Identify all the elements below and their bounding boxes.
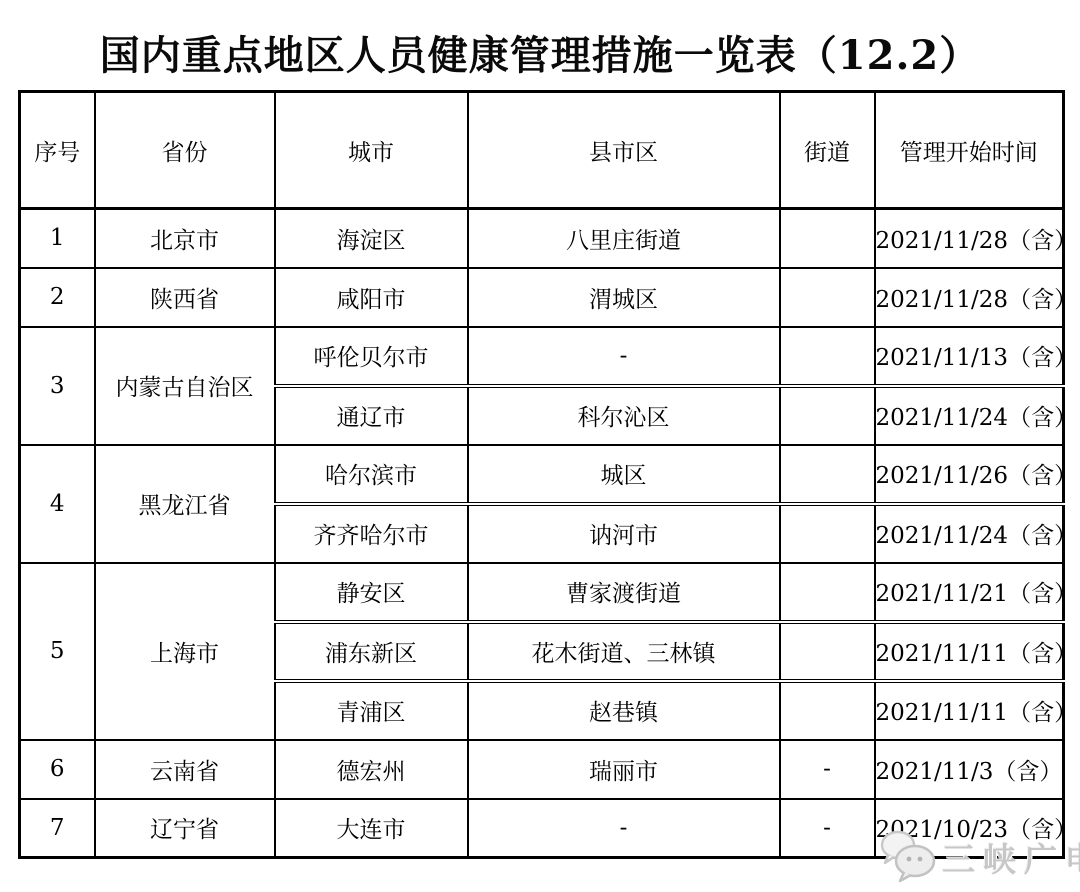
cell-county: 曹家渡街道 — [468, 563, 780, 622]
cell-province: 北京市 — [95, 209, 275, 268]
cell-start-date: 2021/11/26（含） — [875, 445, 1064, 504]
cell-county: - — [468, 799, 780, 858]
cell-city: 通辽市 — [275, 386, 468, 445]
cell-no: 2 — [20, 268, 95, 327]
cell-county: 渭城区 — [468, 268, 780, 327]
table-row: 3内蒙古自治区呼伦贝尔市-2021/11/13（含） — [20, 327, 1064, 386]
header-start-date: 管理开始时间 — [875, 92, 1064, 209]
cell-county: 花木街道、三林镇 — [468, 622, 780, 681]
cell-city: 海淀区 — [275, 209, 468, 268]
table-row: 1北京市海淀区八里庄街道2021/11/28（含） — [20, 209, 1064, 268]
cell-no: 6 — [20, 740, 95, 799]
header-no: 序号 — [20, 92, 95, 209]
table-header: 序号 省份 城市 县市区 街道 管理开始时间 — [20, 92, 1064, 209]
cell-start-date: 2021/11/21（含） — [875, 563, 1064, 622]
header-province: 省份 — [95, 92, 275, 209]
cell-start-date: 2021/11/24（含） — [875, 504, 1064, 563]
cell-street — [780, 504, 875, 563]
cell-county: 八里庄街道 — [468, 209, 780, 268]
table-row: 5上海市静安区曹家渡街道2021/11/21（含） — [20, 563, 1064, 622]
table-row: 4黑龙江省哈尔滨市城区2021/11/26（含） — [20, 445, 1064, 504]
cell-city: 青浦区 — [275, 681, 468, 740]
cell-city: 齐齐哈尔市 — [275, 504, 468, 563]
cell-city: 咸阳市 — [275, 268, 468, 327]
cell-no: 5 — [20, 563, 95, 740]
page: 国内重点地区人员健康管理措施一览表（12.2） 序号 省份 城市 县市区 街道 … — [0, 0, 1080, 892]
cell-start-date: 2021/10/23（含） — [875, 799, 1064, 858]
cell-county: 赵巷镇 — [468, 681, 780, 740]
cell-province: 内蒙古自治区 — [95, 327, 275, 445]
header-row: 序号 省份 城市 县市区 街道 管理开始时间 — [20, 92, 1064, 209]
cell-province: 陕西省 — [95, 268, 275, 327]
cell-street — [780, 681, 875, 740]
cell-county: 讷河市 — [468, 504, 780, 563]
cell-city: 静安区 — [275, 563, 468, 622]
cell-no: 7 — [20, 799, 95, 858]
cell-no: 3 — [20, 327, 95, 445]
cell-province: 上海市 — [95, 563, 275, 740]
table-row: 6云南省德宏州瑞丽市-2021/11/3（含） — [20, 740, 1064, 799]
cell-county: 科尔沁区 — [468, 386, 780, 445]
cell-street — [780, 209, 875, 268]
health-measures-table: 序号 省份 城市 县市区 街道 管理开始时间 1北京市海淀区八里庄街道2021/… — [18, 90, 1065, 859]
cell-county: 瑞丽市 — [468, 740, 780, 799]
cell-city: 德宏州 — [275, 740, 468, 799]
cell-province: 辽宁省 — [95, 799, 275, 858]
cell-city: 浦东新区 — [275, 622, 468, 681]
cell-street — [780, 622, 875, 681]
cell-start-date: 2021/11/28（含） — [875, 209, 1064, 268]
cell-start-date: 2021/11/11（含） — [875, 622, 1064, 681]
header-street: 街道 — [780, 92, 875, 209]
table-row: 2陕西省咸阳市渭城区2021/11/28（含） — [20, 268, 1064, 327]
cell-start-date: 2021/11/13（含） — [875, 327, 1064, 386]
cell-city: 大连市 — [275, 799, 468, 858]
table-body: 1北京市海淀区八里庄街道2021/11/28（含）2陕西省咸阳市渭城区2021/… — [20, 209, 1064, 858]
header-city: 城市 — [275, 92, 468, 209]
cell-street: - — [780, 799, 875, 858]
cell-no: 4 — [20, 445, 95, 563]
page-title: 国内重点地区人员健康管理措施一览表（12.2） — [0, 24, 1080, 81]
cell-county: 城区 — [468, 445, 780, 504]
cell-city: 哈尔滨市 — [275, 445, 468, 504]
cell-county: - — [468, 327, 780, 386]
cell-street: - — [780, 740, 875, 799]
cell-start-date: 2021/11/24（含） — [875, 386, 1064, 445]
cell-no: 1 — [20, 209, 95, 268]
cell-city: 呼伦贝尔市 — [275, 327, 468, 386]
cell-street — [780, 386, 875, 445]
table-row: 7辽宁省大连市--2021/10/23（含） — [20, 799, 1064, 858]
header-county: 县市区 — [468, 92, 780, 209]
cell-street — [780, 268, 875, 327]
cell-start-date: 2021/11/3（含） — [875, 740, 1064, 799]
cell-start-date: 2021/11/11（含） — [875, 681, 1064, 740]
cell-street — [780, 327, 875, 386]
cell-province: 黑龙江省 — [95, 445, 275, 563]
cell-street — [780, 563, 875, 622]
cell-start-date: 2021/11/28（含） — [875, 268, 1064, 327]
cell-province: 云南省 — [95, 740, 275, 799]
cell-street — [780, 445, 875, 504]
